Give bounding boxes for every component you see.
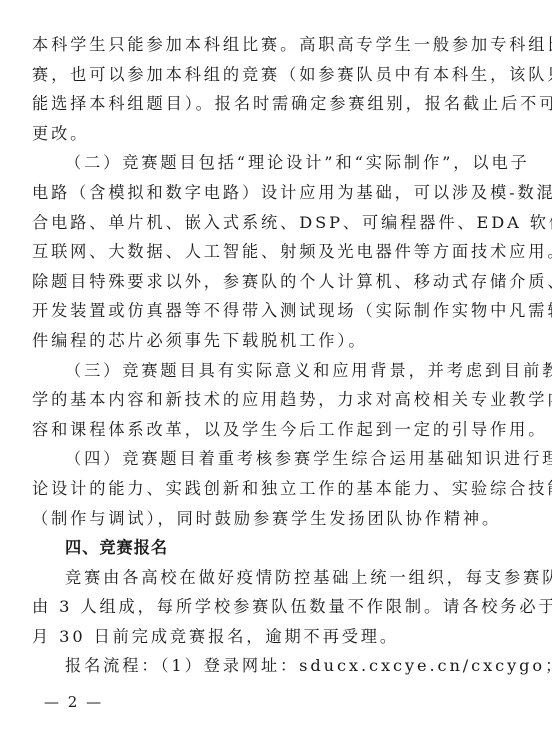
body-line: 由 3 人组成，每所学校参赛队伍数量不作限制。请各校务必于 6	[32, 592, 522, 622]
body-line: 本科学生只能参加本科组比赛。高职高专学生一般参加专科组比	[32, 30, 522, 60]
body-line: 月 30 日前完成竞赛报名，逾期不再受理。	[32, 622, 522, 652]
body-line: 除题目特殊要求以外，参赛队的个人计算机、移动式存储介质、	[32, 267, 522, 297]
body-line: 容和课程体系改革，以及学生今后工作起到一定的引导作用。	[32, 415, 522, 445]
body-line: 开发装置或仿真器等不得带入测试现场（实际制作实物中凡需软	[32, 296, 522, 326]
body-line: （制作与调试），同时鼓励参赛学生发扬团队协作精神。	[32, 504, 522, 534]
body-line: 互联网、大数据、人工智能、射频及光电器件等方面技术应用。	[32, 237, 522, 267]
paragraph-start-line: （四）竞赛题目着重考核参赛学生综合运用基础知识进行理	[32, 444, 522, 474]
paragraph-start-line: 竞赛由各高校在做好疫情防控基础上统一组织，每支参赛队	[32, 563, 522, 593]
body-line: 更改。	[32, 119, 522, 149]
paragraph-start-line: （二）竞赛题目包括“理论设计”和“实际制作”，以电子	[32, 148, 522, 178]
paragraph-start-line: 报名流程：（1）登录网址：sducx.cxcye.cn/cxcygo；（2）	[32, 651, 522, 681]
paragraph-start-line: （三）竞赛题目具有实际意义和应用背景，并考虑到目前教	[32, 356, 522, 386]
document-page: 本科学生只能参加本科组比赛。高职高专学生一般参加专科组比 赛，也可以参加本科组的…	[32, 30, 522, 681]
section-heading: 四、竞赛报名	[32, 533, 522, 563]
body-line: 电路（含模拟和数字电路）设计应用为基础，可以涉及模-数混	[32, 178, 522, 208]
body-line: 能选择本科组题目）。报名时需确定参赛组别，报名截止后不可	[32, 89, 522, 119]
body-line: 学的基本内容和新技术的应用趋势，力求对高校相关专业教学内	[32, 385, 522, 415]
page-number: — 2 —	[44, 693, 103, 711]
body-line: 合电路、单片机、嵌入式系统、DSP、可编程器件、EDA 软件、	[32, 208, 522, 238]
body-line: 赛，也可以参加本科组的竞赛（如参赛队员中有本科生，该队只	[32, 60, 522, 90]
body-line: 论设计的能力、实践创新和独立工作的基本能力、实验综合技能	[32, 474, 522, 504]
body-line: 件编程的芯片必须事先下载脱机工作）。	[32, 326, 522, 356]
